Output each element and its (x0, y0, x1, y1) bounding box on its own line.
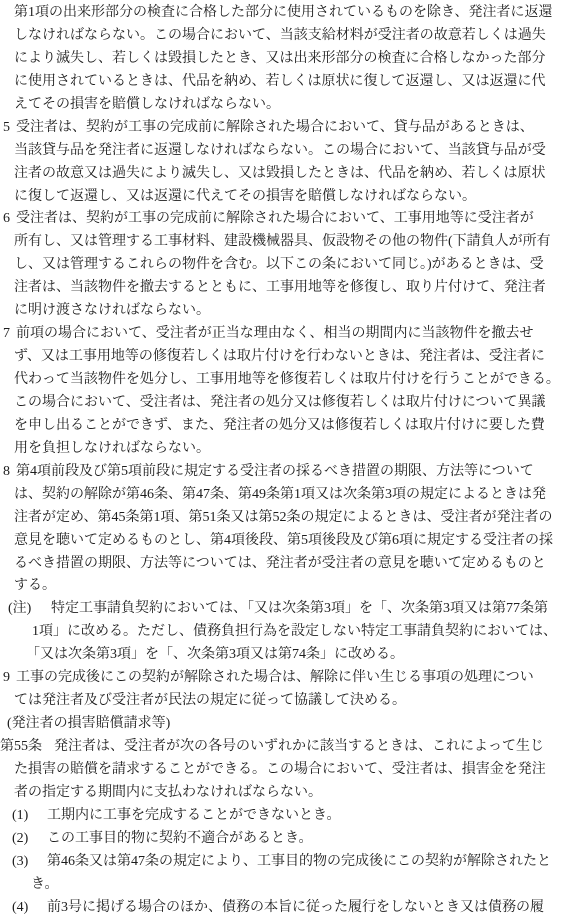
line-text: に明け渡さなければならない。 (14, 300, 210, 323)
text-line: により滅失し、若しくは毀損したとき、又は出来形部分の検査に合格しなかった部分 (0, 48, 568, 71)
line-text: 前3号に掲げる場合のほか、債務の本旨に従った履行をしないとき又は債務の履 (47, 897, 544, 920)
line-text: 工期内に工事を完成することができないとき。 (47, 805, 340, 828)
text-line: に復して返還し、又は返還に代えてその損害を賠償しなければならない。 (0, 186, 568, 209)
line-text: 用を負担しなければならない。 (14, 438, 210, 461)
text-line: 注者の故意又は過失により滅失し、又は毀損したときは、代品を納め、若しくは原状 (0, 163, 568, 186)
line-text: き。 (31, 874, 58, 897)
text-line: (発注者の損害賠償請求等) (0, 713, 568, 736)
text-line: ず、又は工事用地等の修復若しくは取片付けを行わないときは、発注者は、受注者に (0, 346, 568, 369)
text-line: えてその損害を賠償しなければならない。 (0, 94, 568, 117)
text-line: この場合において、受注者は、発注者の処分又は修復若しくは取片付けについて異議 (0, 392, 568, 415)
line-text: この工事目的物に契約不適合があるとき。 (47, 828, 312, 851)
line-marker: 7 (3, 323, 10, 346)
line-marker: 第55条 (0, 736, 42, 759)
line-text: 前項の場合において、受注者が正当な理由なく、相当の期間内に当該物件を撤去せ (16, 323, 533, 346)
document-page: 第1項の出来形部分の検査に合格した部分に使用されているものを除き、発注者に返還し… (0, 0, 568, 921)
line-marker: 5 (3, 117, 10, 140)
line-marker: (注) (8, 598, 31, 621)
text-line: 所有し、又は管理する工事材料、建設機械器具、仮設物その他の物件(下請負人が所有 (0, 231, 568, 254)
line-text: ず、又は工事用地等の修復若しくは取片付けを行わないときは、発注者は、受注者に (14, 346, 545, 369)
text-line: 注者は、当該物件を撤去するとともに、工事用地等を修復し、取り片付けて、発注者 (0, 277, 568, 300)
text-line: (2)この工事目的物に契約不適合があるとき。 (0, 828, 568, 851)
line-text: により滅失し、若しくは毀損したとき、又は出来形部分の検査に合格しなかった部分 (14, 48, 545, 71)
text-line: るべき措置の期限、方法等については、発注者が受注者の意見を聴いて定めるものと (0, 553, 568, 576)
text-line: き。 (0, 874, 568, 897)
line-text: 当該貸与品を発注者に返還しなければならない。この場合において、当該貸与品が受 (14, 140, 546, 163)
text-line: た損害の賠償を請求することができる。この場合において、受注者は、損害金を発注 (0, 759, 568, 782)
line-text: 「又は次条第3項」を「、次条第3項又は第74条」に改める。 (26, 644, 404, 667)
line-text: この場合において、受注者は、発注者の処分又は修復若しくは取片付けについて異議 (14, 392, 545, 415)
text-line: 第1項の出来形部分の検査に合格した部分に使用されているものを除き、発注者に返還 (0, 2, 568, 25)
text-line: 者の指定する期間内に支払わなければならない。 (0, 782, 568, 805)
line-text: 第4項前段及び第5項前段に規定する受注者の採るべき措置の期限、方法等について (16, 461, 534, 484)
line-text: 受注者は、契約が工事の完成前に解除された場合において、工事用地等に受注者が (16, 208, 534, 231)
text-line: 注者が定め、第45条第1項、第51条又は第52条の規定によるときは、受注者が発注… (0, 507, 568, 530)
line-text: 注者の故意又は過失により滅失し、又は毀損したときは、代品を納め、若しくは原状 (14, 163, 545, 186)
line-text: るべき措置の期限、方法等については、発注者が受注者の意見を聴いて定めるものと (14, 553, 546, 576)
line-marker: (4) (12, 897, 28, 920)
line-text: 特定工事請負契約においては、「又は次条第3項」を「、次条第3項又は第77条第 (51, 598, 548, 621)
text-line: (4)前3号に掲げる場合のほか、債務の本旨に従った履行をしないとき又は債務の履 (0, 897, 568, 920)
line-text: 第46条又は第47条の規定により、工事目的物の完成後にこの契約が解除されたと (47, 851, 551, 874)
text-line: 代わって当該物件を処分し、工事用地等を修復若しくは取片付けを行うことができる。 (0, 369, 568, 392)
line-text: 所有し、又は管理する工事材料、建設機械器具、仮設物その他の物件(下請負人が所有 (14, 231, 551, 254)
line-marker: 8 (3, 461, 10, 484)
line-marker: 6 (3, 208, 10, 231)
text-line: しなければならない。この場合において、当該支給材料が受注者の故意若しくは過失 (0, 25, 568, 48)
line-text: に使用されているときは、代品を納め、若しくは原状に復して返還し、又は返還に代 (14, 71, 545, 94)
text-line: 当該貸与品を発注者に返還しなければならない。この場合において、当該貸与品が受 (0, 140, 568, 163)
line-marker: (1) (12, 805, 28, 828)
text-line: は、契約の解除が第46条、第47条、第49条第1項又は次条第3項の規定によるとき… (0, 484, 568, 507)
line-text: しなければならない。この場合において、当該支給材料が受注者の故意若しくは過失 (14, 25, 546, 48)
line-text: は、契約の解除が第46条、第47条、第49条第1項又は次条第3項の規定によるとき… (14, 484, 546, 507)
line-text: ては発注者及び受注者が民法の規定に従って協議して決める。 (14, 690, 406, 713)
line-text: に復して返還し、又は返還に代えてその損害を賠償しなければならない。 (14, 186, 476, 209)
text-line: し、又は管理するこれらの物件を含む。以下この条において同じ。)があるときは、受 (0, 254, 568, 277)
line-text: 代わって当該物件を処分し、工事用地等を修復若しくは取片付けを行うことができる。 (14, 369, 560, 392)
text-line: (1)工期内に工事を完成することができないとき。 (0, 805, 568, 828)
text-line: 用を負担しなければならない。 (0, 438, 568, 461)
text-line: を申し出ることができず、また、発注者の処分又は修復若しくは取片付けに要した費 (0, 415, 568, 438)
line-text: (発注者の損害賠償請求等) (7, 713, 170, 736)
text-line: 9工事の完成後にこの契約が解除された場合は、解除に伴い生じる事項の処理につい (0, 667, 568, 690)
line-text: を申し出ることができず、また、発注者の処分又は修復若しくは取片付けに要した費 (14, 415, 545, 438)
line-text: 意見を聴いて定めるものとし、第4項後段、第5項後段及び第6項に規定する受注者の採 (14, 530, 553, 553)
line-marker: (3) (12, 851, 28, 874)
line-text: た損害の賠償を請求することができる。この場合において、受注者は、損害金を発注 (14, 759, 546, 782)
line-text: 注者が定め、第45条第1項、第51条又は第52条の規定によるときは、受注者が発注… (14, 507, 552, 530)
text-line: 意見を聴いて定めるものとし、第4項後段、第5項後段及び第6項に規定する受注者の採 (0, 530, 568, 553)
text-line: 第55条発注者は、受注者が次の各号のいずれかに該当するときは、これによって生じ (0, 736, 568, 759)
line-text: 者の指定する期間内に支払わなければならない。 (14, 782, 322, 805)
text-line: 「又は次条第3項」を「、次条第3項又は第74条」に改める。 (0, 644, 568, 667)
line-text: する。 (14, 575, 56, 598)
text-line: 5受注者は、契約が工事の完成前に解除された場合において、貸与品があるときは、 (0, 117, 568, 140)
text-line: 8第4項前段及び第5項前段に規定する受注者の採るべき措置の期限、方法等について (0, 461, 568, 484)
line-marker: (2) (12, 828, 28, 851)
text-line: 1項」に改める。ただし、債務負担行為を設定しない特定工事請負契約においては、 (0, 621, 568, 644)
line-marker: 9 (3, 667, 10, 690)
line-text: えてその損害を賠償しなければならない。 (14, 94, 280, 117)
text-line: に使用されているときは、代品を納め、若しくは原状に復して返還し、又は返還に代 (0, 71, 568, 94)
line-text: 第1項の出来形部分の検査に合格した部分に使用されているものを除き、発注者に返還 (14, 2, 552, 25)
line-text: 発注者は、受注者が次の各号のいずれかに該当するときは、これによって生じ (54, 736, 544, 759)
line-text: 受注者は、契約が工事の完成前に解除された場合において、貸与品があるときは、 (16, 117, 534, 140)
text-line: する。 (0, 575, 568, 598)
text-line: (注)特定工事請負契約においては、「又は次条第3項」を「、次条第3項又は第77条… (0, 598, 568, 621)
text-line: ては発注者及び受注者が民法の規定に従って協議して決める。 (0, 690, 568, 713)
text-line: 7前項の場合において、受注者が正当な理由なく、相当の期間内に当該物件を撤去せ (0, 323, 568, 346)
text-line: (3)第46条又は第47条の規定により、工事目的物の完成後にこの契約が解除された… (0, 851, 568, 874)
text-line: 6受注者は、契約が工事の完成前に解除された場合において、工事用地等に受注者が (0, 208, 568, 231)
text-line: に明け渡さなければならない。 (0, 300, 568, 323)
line-text: 注者は、当該物件を撤去するとともに、工事用地等を修復し、取り片付けて、発注者 (14, 277, 546, 300)
line-text: し、又は管理するこれらの物件を含む。以下この条において同じ。)があるときは、受 (14, 254, 544, 277)
line-text: 工事の完成後にこの契約が解除された場合は、解除に伴い生じる事項の処理につい (16, 667, 534, 690)
line-text: 1項」に改める。ただし、債務負担行為を設定しない特定工事請負契約においては、 (32, 621, 557, 644)
